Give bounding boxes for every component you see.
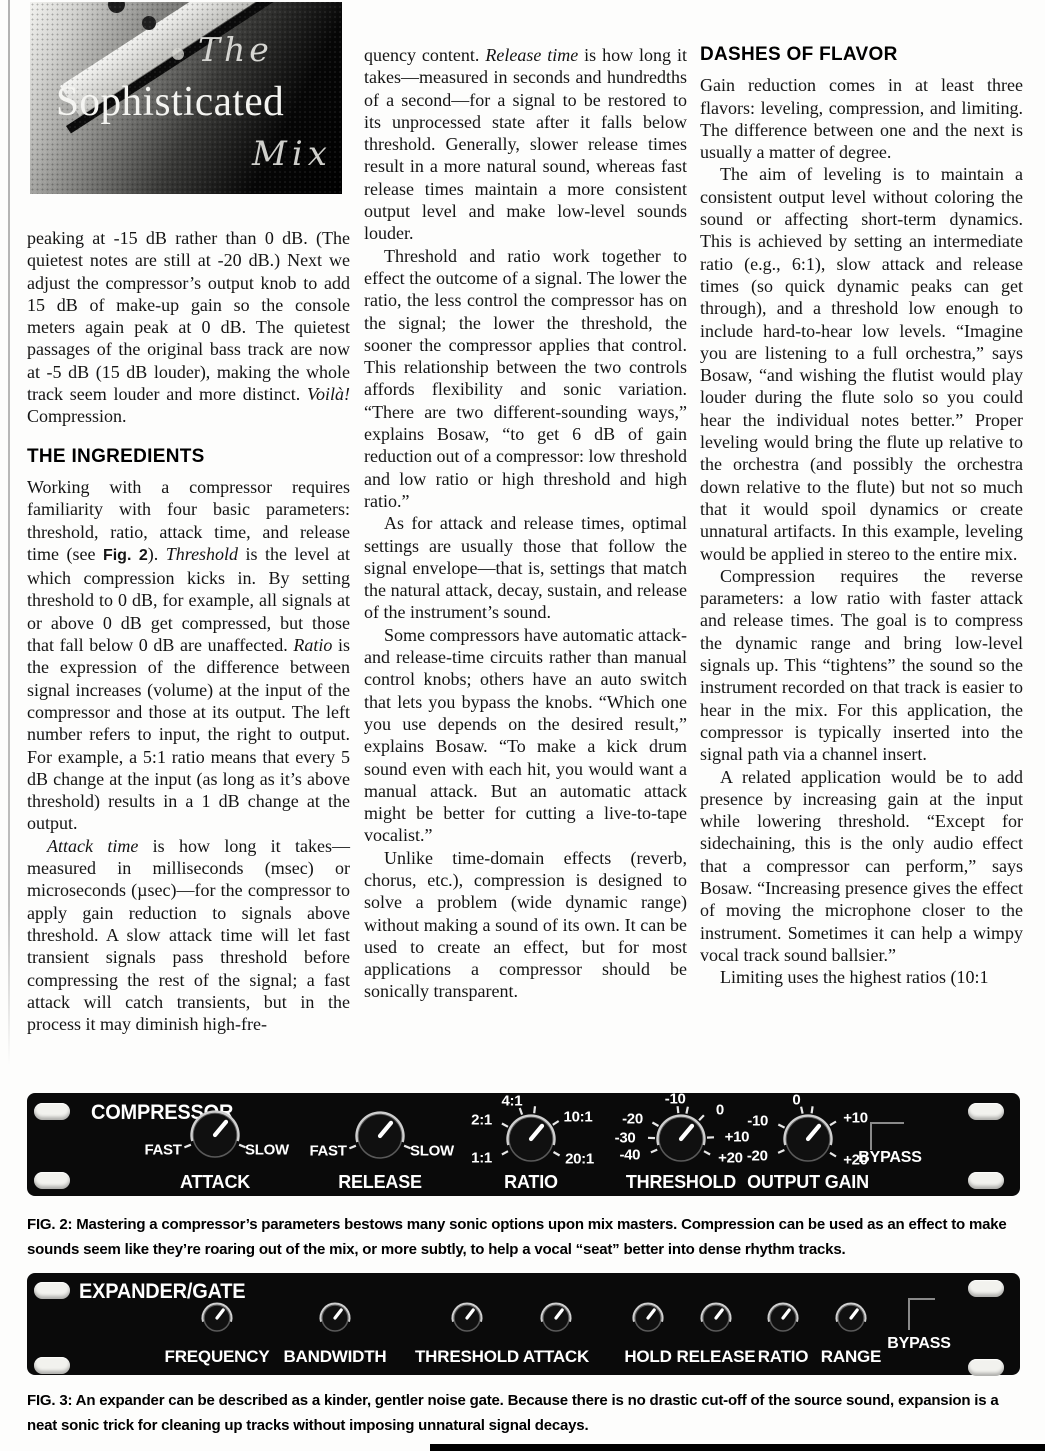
paragraph: As for attack and release times, optimal… — [364, 512, 687, 623]
knob-scale-label: SLOW — [245, 1141, 289, 1158]
paragraph: Gain reduction comes in at least three f… — [700, 74, 1023, 163]
text-run: Compression requires the reverse paramet… — [700, 566, 1023, 764]
knob-attack: FASTSLOWATTACK — [130, 1085, 300, 1207]
paragraph: quency content. Release time is how long… — [364, 44, 687, 245]
title-word-mix: Mix — [252, 134, 332, 174]
knob-name-label: FREQUENCY — [157, 1347, 277, 1367]
knob-scale-label: 4:1 — [501, 1093, 522, 1110]
title-word-the: The — [198, 30, 273, 69]
text-run: quency content. — [364, 45, 485, 65]
screw-icon — [34, 1103, 70, 1120]
knob-bandwidth: BANDWIDTH — [275, 1282, 395, 1382]
knob-scale-label: -10 — [747, 1113, 768, 1130]
paragraph: Compression requires the reverse paramet… — [700, 565, 1023, 766]
text-run: Unlike time-domain effects (reverb, chor… — [364, 848, 687, 1002]
page-edge-bar — [430, 1444, 1045, 1451]
knob-scale-label: 1:1 — [471, 1149, 492, 1166]
knob-scale-label: -20 — [622, 1111, 643, 1128]
column-2: quency content. Release time is how long… — [364, 44, 687, 1003]
screw-icon — [968, 1172, 1004, 1189]
bypass-label: BYPASS — [850, 1149, 930, 1167]
paragraph: Unlike time-domain effects (reverb, chor… — [364, 847, 687, 1003]
screw-icon — [968, 1359, 1004, 1376]
screw-icon — [968, 1103, 1004, 1120]
text-run: is how long it takes—measured in millise… — [27, 836, 350, 1034]
paragraph: Limiting uses the highest ratios (10:1 — [700, 966, 1023, 988]
text-run: Attack time — [47, 836, 138, 856]
title-word-sophisticated: Sophisticated — [56, 78, 284, 126]
text-run: Release time — [485, 45, 578, 65]
section-heading: DASHES OF FLAVOR — [700, 44, 1023, 66]
knob-scale-label: FAST — [144, 1141, 181, 1158]
text-run: is the expression of the difference betw… — [27, 635, 350, 833]
screw-icon — [34, 1357, 70, 1374]
knob-scale-label: -30 — [615, 1129, 636, 1146]
bypass-button — [908, 1298, 935, 1330]
knob-frequency: FREQUENCY — [157, 1282, 277, 1382]
knob-name-label: RELEASE — [295, 1172, 465, 1193]
knob-scale-label: FAST — [309, 1142, 346, 1159]
knob-release: FASTSLOWRELEASE — [295, 1086, 465, 1208]
knob-name-label: ATTACK — [130, 1172, 300, 1193]
text-run: Some compressors have automatic attack- … — [364, 625, 687, 846]
knob-name-label: RATIO — [446, 1172, 616, 1193]
paragraph: peaking at -15 dB rather than 0 dB. (The… — [27, 227, 350, 428]
bypass-label: BYPASS — [879, 1335, 959, 1353]
text-run: Threshold and ratio work together to eff… — [364, 246, 687, 511]
paragraph: Some compressors have automatic attack- … — [364, 624, 687, 847]
bypass-button — [870, 1122, 904, 1150]
text-run: The aim of leveling is to maintain a con… — [700, 164, 1023, 563]
text-run: Limiting uses the highest ratios (10:1 — [720, 967, 988, 987]
text-run: is how long it takes—measured in seconds… — [364, 45, 687, 243]
column-1: peaking at -15 dB rather than 0 dB. (The… — [27, 227, 350, 1035]
paragraph: Threshold and ratio work together to eff… — [364, 245, 687, 513]
text-run: Fig. 2 — [103, 547, 148, 564]
knob-dial-icon — [791, 1282, 911, 1382]
compressor-panel-photo: COMPRESSOR FASTSLOWATTACKFASTSLOWRELEASE… — [27, 1093, 1020, 1196]
text-run: peaking at -15 dB rather than 0 dB. (The… — [27, 228, 350, 404]
knob-name-label: BANDWIDTH — [275, 1347, 395, 1367]
knob-ratio: 1:12:14:110:120:1RATIO — [446, 1089, 616, 1211]
text-run: As for attack and release times, optimal… — [364, 513, 687, 622]
text-run: A related application would be to add pr… — [700, 767, 1023, 965]
knob-scale-label: 20:1 — [565, 1151, 594, 1168]
knob-scale-label: -20 — [747, 1147, 768, 1164]
paragraph: Attack time is how long it takes—measure… — [27, 835, 350, 1036]
screw-icon — [34, 1172, 70, 1189]
text-run: Gain reduction comes in at least three f… — [700, 75, 1023, 162]
text-run: Threshold — [166, 544, 238, 564]
knob-scale-label: 0 — [792, 1091, 800, 1108]
knob-scale-label: -10 — [665, 1091, 686, 1108]
knob-dial-icon — [157, 1282, 277, 1382]
page-edge-line — [8, 0, 10, 1065]
expander-gate-panel-photo: EXPANDER/GATE FREQUENCYBANDWIDTHTHRESHOL… — [27, 1273, 1020, 1375]
knob-name-label: OUTPUT GAIN — [723, 1172, 893, 1193]
paragraph: A related application would be to add pr… — [700, 766, 1023, 967]
paragraph: The aim of leveling is to maintain a con… — [700, 163, 1023, 564]
knob-scale-label: 2:1 — [471, 1112, 492, 1129]
magazine-page: { "title": {"the": "The", "soph": "Sophi… — [0, 0, 1045, 1451]
knob-scale-label: -40 — [619, 1147, 640, 1164]
text-run: Ratio — [293, 635, 332, 655]
knob-range: RANGE — [791, 1282, 911, 1382]
text-run: Voilà! — [307, 384, 350, 404]
text-run: ). — [148, 544, 166, 564]
section-heading: THE INGREDIENTS — [27, 446, 350, 468]
column-3: DASHES OF FLAVORGain reduction comes in … — [700, 44, 1023, 988]
knob-scale-label: +10 — [843, 1109, 868, 1126]
article-title-image: The Sophisticated Mix — [30, 2, 342, 194]
paragraph: Working with a compressor requires famil… — [27, 476, 350, 835]
screw-icon — [34, 1282, 70, 1299]
fig3-caption: FIG. 3: An expander can be described as … — [27, 1388, 1031, 1438]
fig2-caption: FIG. 2: Mastering a compressor’s paramet… — [27, 1212, 1031, 1262]
screw-icon — [968, 1280, 1004, 1297]
knob-dial-icon — [275, 1282, 395, 1382]
knob-scale-label: 10:1 — [564, 1109, 593, 1126]
text-run: Compression. — [27, 406, 127, 426]
